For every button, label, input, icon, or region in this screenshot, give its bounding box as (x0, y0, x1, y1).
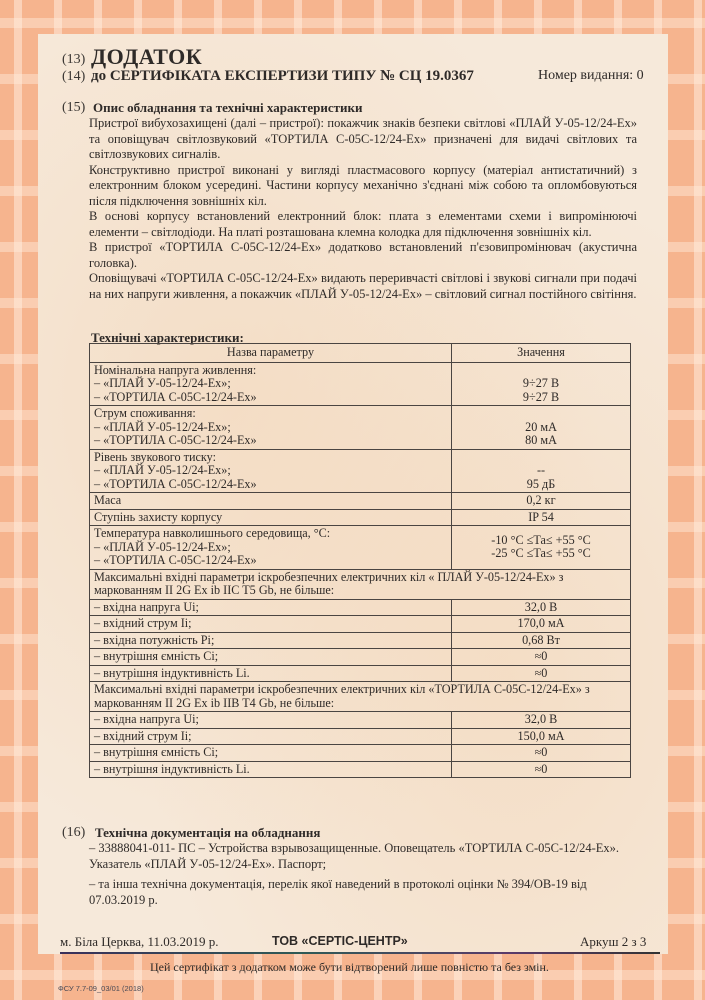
section-16-title: Технічна документація на обладнання (95, 825, 320, 841)
param-cell: – вхідна напруга Ui; (90, 599, 452, 616)
field-number-16: (16) (62, 825, 85, 841)
table-row: – внутрішня індуктивність Li. ≈0 (90, 761, 631, 778)
table-row: – вхідний струм Ii; 170,0 мА (90, 616, 631, 633)
value-cell: ≈0 (452, 649, 631, 666)
value-cell: -10 °С ≤Та≤ +55 °С -25 °С ≤Та≤ +55 °С (452, 526, 631, 570)
place-and-date: м. Біла Церква, 11.03.2019 р. (60, 934, 219, 950)
equipment-description: Пристрої вибухозахищені (далі – пристрої… (89, 116, 637, 302)
issuer-company: ТОВ «СЕРТІС-ЦЕНТР» (272, 934, 408, 948)
field-number-15: (15) (62, 100, 85, 116)
description-paragraph: Конструктивно пристрої виконані у вигляд… (89, 163, 637, 210)
table-row: Номінальна напруга живлення: – «ПЛАЙ У-0… (90, 362, 631, 406)
param-cell: – вхідний струм Ii; (90, 728, 452, 745)
description-paragraph: В основі корпусу встановлений електронни… (89, 209, 637, 240)
value-cell: 9÷27 В 9÷27 В (452, 362, 631, 406)
document-title: ДОДАТОК (91, 44, 202, 70)
param-cell: – вхідна напруга Ui; (90, 712, 452, 729)
value-cell: 32,0 В (452, 712, 631, 729)
reproduction-notice: Цей сертифікат з додатком може бути відт… (150, 960, 549, 975)
table-row: – вхідна напруга Ui; 32,0 В (90, 599, 631, 616)
param-cell: – внутрішня індуктивність Li. (90, 665, 452, 682)
param-cell: – вхідний струм Ii; (90, 616, 452, 633)
table-row: – вхідна напруга Ui; 32,0 В (90, 712, 631, 729)
documentation-item: – 33888041-011- ПС – Устройства взрывоза… (89, 841, 629, 872)
value-cell: ≈0 (452, 745, 631, 762)
param-cell: – внутрішня ємність Ci; (90, 745, 452, 762)
technical-documentation-list: – 33888041-011- ПС – Устройства взрывоза… (89, 841, 629, 913)
section-15-title: Опис обладнання та технічні характеристи… (93, 100, 362, 116)
documentation-item: – та інша технічна документація, перелік… (89, 877, 629, 908)
footer-divider (60, 952, 660, 954)
value-cell: -- 95 дБ (452, 449, 631, 493)
table-row: – вхідний струм Ii; 150,0 мА (90, 728, 631, 745)
edition-number: Номер видання: 0 (538, 68, 644, 84)
value-cell: 20 мА 80 мА (452, 406, 631, 450)
certificate-reference: до СЕРТИФІКАТА ЕКСПЕРТИЗИ ТИПУ № СЦ 19.0… (91, 68, 474, 85)
param-cell: – вхідна потужність Pi; (90, 632, 452, 649)
value-cell: ≈0 (452, 761, 631, 778)
group-2-title: Максимальні вхідні параметри іскробезпеч… (90, 682, 631, 712)
field-number-13: (13) (62, 52, 85, 68)
table-row: Маса 0,2 кг (90, 493, 631, 510)
param-cell: Рівень звукового тиску: – «ПЛАЙ У-05-12/… (90, 449, 452, 493)
param-cell: – внутрішня індуктивність Li. (90, 761, 452, 778)
value-cell: IP 54 (452, 509, 631, 526)
table-row: Температура навколишнього середовища, °С… (90, 526, 631, 570)
description-paragraph: Оповіщувачі «ТОРТИЛА С-05С-12/24-Ех» вид… (89, 271, 637, 302)
table-row: – внутрішня ємність Ci; ≈0 (90, 649, 631, 666)
table-row: Струм споживання: – «ПЛАЙ У-05-12/24-Ех»… (90, 406, 631, 450)
column-header-value: Значення (452, 344, 631, 363)
table-row: – внутрішня ємність Ci; ≈0 (90, 745, 631, 762)
tech-specs-table: Назва параметру Значення Номінальна напр… (89, 343, 631, 778)
group-title-row: Максимальні вхідні параметри іскробезпеч… (90, 569, 631, 599)
param-cell: – внутрішня ємність Ci; (90, 649, 452, 666)
column-header-param: Назва параметру (90, 344, 452, 363)
field-number-14: (14) (62, 69, 85, 85)
value-cell: 32,0 В (452, 599, 631, 616)
form-code: ФСУ 7.7-09_03/01 (2018) (58, 984, 144, 993)
sheet-number: Аркуш 2 з 3 (580, 934, 646, 950)
description-paragraph: В пристрої «ТОРТИЛА С-05С-12/24-Ех» дода… (89, 240, 637, 271)
param-cell: Струм споживання: – «ПЛАЙ У-05-12/24-Ех»… (90, 406, 452, 450)
table-header-row: Назва параметру Значення (90, 344, 631, 363)
value-cell: ≈0 (452, 665, 631, 682)
value-cell: 0,68 Вт (452, 632, 631, 649)
group-title-row: Максимальні вхідні параметри іскробезпеч… (90, 682, 631, 712)
param-cell: Ступінь захисту корпусу (90, 509, 452, 526)
value-cell: 150,0 мА (452, 728, 631, 745)
table-row: Рівень звукового тиску: – «ПЛАЙ У-05-12/… (90, 449, 631, 493)
table-row: – внутрішня індуктивність Li. ≈0 (90, 665, 631, 682)
value-cell: 0,2 кг (452, 493, 631, 510)
description-paragraph: Пристрої вибухозахищені (далі – пристрої… (89, 116, 637, 163)
table-row: Ступінь захисту корпусу IP 54 (90, 509, 631, 526)
param-cell: Номінальна напруга живлення: – «ПЛАЙ У-0… (90, 362, 452, 406)
table-row: – вхідна потужність Pi; 0,68 Вт (90, 632, 631, 649)
value-cell: 170,0 мА (452, 616, 631, 633)
param-cell: Температура навколишнього середовища, °С… (90, 526, 452, 570)
param-cell: Маса (90, 493, 452, 510)
group-1-title: Максимальні вхідні параметри іскробезпеч… (90, 569, 631, 599)
